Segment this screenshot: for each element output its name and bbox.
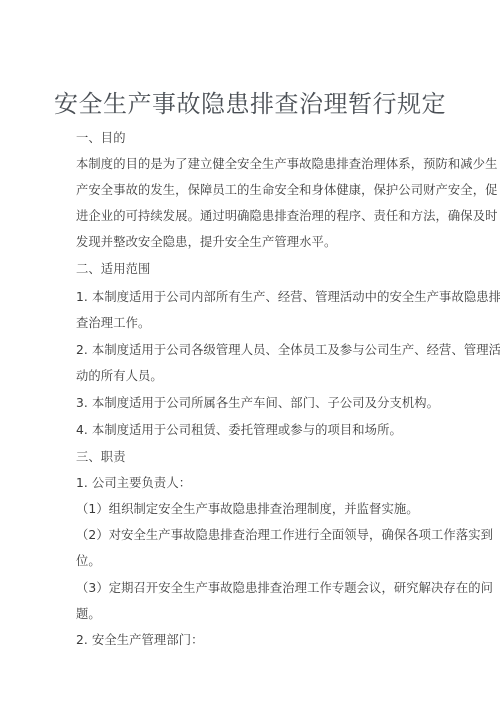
paragraph-line: （1）组织制定安全生产事故隐患排查治理制度，并监督实施。 xyxy=(76,499,419,517)
paragraph-line: 2. 安全生产管理部门： xyxy=(76,630,204,648)
paragraph-line: 进企业的可持续发展。通过明确隐患排查治理的程序、责任和方法，确保及时 xyxy=(76,206,498,224)
paragraph-line: 1. 本制度适用于公司内部所有生产、经营、管理活动中的安全生产事故隐患排 xyxy=(76,287,500,305)
paragraph-line: 产安全事故的发生，保障员工的生命安全和身体健康，保护公司财产安全，促 xyxy=(76,180,498,198)
paragraph-line: 4. 本制度适用于公司租赁、委托管理或参与的项目和场所。 xyxy=(76,420,402,438)
paragraph-line: 1. 公司主要负责人： xyxy=(76,473,191,491)
section-heading: 三、职责 xyxy=(76,447,126,465)
paragraph-line: 查治理工作。 xyxy=(76,313,150,331)
paragraph-line: 2. 本制度适用于公司各级管理人员、全体员工及参与公司生产、经营、管理活 xyxy=(76,340,500,358)
paragraph-line: 位。 xyxy=(76,551,101,569)
paragraph-line: （3）定期召开安全生产事故隐患排查治理工作专题会议，研究解决存在的问 xyxy=(76,578,493,596)
section-heading: 一、目的 xyxy=(76,128,126,146)
paragraph-line: 3. 本制度适用于公司所属各生产车间、部门、子公司及分支机构。 xyxy=(76,393,439,411)
document-page: 安全生产事故隐患排查治理暂行规定 一、目的本制度的目的是为了建立健全安全生产事故… xyxy=(0,0,500,707)
section-heading: 二、适用范围 xyxy=(76,259,150,277)
document-title: 安全生产事故隐患排查治理暂行规定 xyxy=(0,84,500,119)
paragraph-line: 本制度的目的是为了建立健全安全生产事故隐患排查治理体系，预防和减少生 xyxy=(76,154,498,172)
paragraph-line: 动的所有人员。 xyxy=(76,366,163,384)
paragraph-line: 发现并整改安全隐患，提升安全生产管理水平。 xyxy=(76,232,336,250)
paragraph-line: 题。 xyxy=(76,604,101,622)
paragraph-line: （2）对安全生产事故隐患排查治理工作进行全面领导，确保各项工作落实到 xyxy=(76,525,493,543)
